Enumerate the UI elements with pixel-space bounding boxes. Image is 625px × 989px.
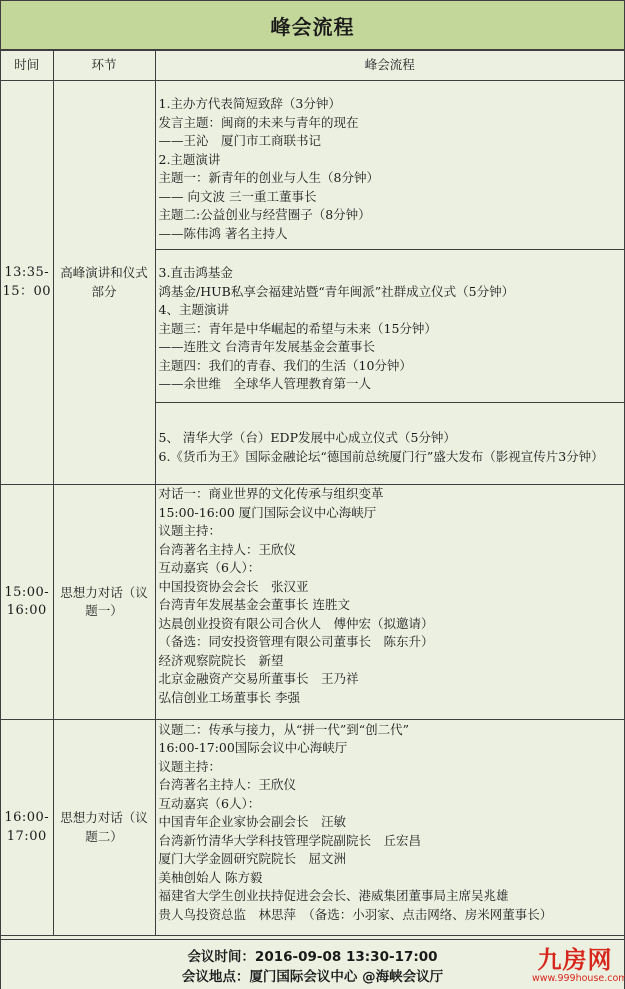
flow-line: 5、 清华大学（台）EDP发展中心成立仪式（5分钟）: [159, 429, 622, 448]
flow-line: 6.《货币为王》国际金融论坛“德国前总统厦门行”盛大发布（影视宣传片3分钟）: [159, 448, 622, 467]
flow-line: 福建省大学生创业扶持促进会会长、港威集团董事局主席吴兆雄: [159, 887, 622, 906]
flow-line: 中国投资协会会长 张汉亚: [159, 578, 622, 597]
flow-line: 台湾青年发展基金会董事长 连胜文: [159, 596, 622, 615]
flow-line: 发言主题：闽商的未来与青年的现在: [159, 114, 622, 133]
flow-line: 议题主持：: [159, 522, 622, 541]
flow-cell: 对话一：商业世界的文化传承与组织变革 15:00-16:00 厦门国际会议中心海…: [155, 485, 624, 720]
flow-line: 美柚创始人 陈方毅: [159, 869, 622, 888]
flow-line: ——陈伟鸿 著名主持人: [159, 225, 622, 244]
flow-cell: 1.主办方代表简短致辞（3分钟） 发言主题：闽商的未来与青年的现在 ——王沁 厦…: [155, 81, 624, 250]
flow-line: 经济观察院院长 新望: [159, 652, 622, 671]
flow-line: 贵人鸟投资总监 林思萍 （备选：小羽家、点击网络、房米网董事长）: [159, 906, 622, 925]
time-cell: 13:35-15：00: [1, 81, 53, 485]
segment-cell: 思想力对话（议题一）: [53, 485, 155, 720]
flow-line: 议题主持：: [159, 758, 622, 777]
table-header-row: 时间 环节 峰会流程: [1, 51, 624, 81]
flow-cell: 3.直击鸿基金 鸿基金/HUB私享会福建站暨“青年闽派”社群成立仪式（5分钟） …: [155, 250, 624, 403]
flow-line: 弘信创业工场董事长 李强: [159, 689, 622, 708]
flow-line: 主题三：青年是中华崛起的希望与未来（15分钟）: [159, 320, 622, 339]
table-row: 16:00-17:00 思想力对话（议题二） 议题二：传承与接力，从“拼一代”到…: [1, 720, 624, 936]
flow-line: 达晨创业投资有限公司合伙人 傅仲宏（拟邀请）: [159, 615, 622, 634]
header-time: 时间: [1, 51, 53, 81]
flow-line: 北京金融资产交易所董事长 王乃祥: [159, 670, 622, 689]
segment-cell: 思想力对话（议题二）: [53, 720, 155, 936]
meeting-place: 会议地点：厦门国际会议中心 @海峡会议厅: [1, 965, 624, 985]
watermark-logo: 九房网 www.999house.com: [532, 947, 618, 989]
footer: 会议时间：2016-09-08 13:30-17:00 会议地点：厦门国际会议中…: [1, 939, 624, 989]
flow-line: —— 向文波 三一重工董事长: [159, 188, 622, 207]
logo-mark: 九房网: [532, 947, 618, 973]
flow-line: 16:00-17:00国际会议中心海峡厅: [159, 739, 622, 758]
flow-line: 2.主题演讲: [159, 151, 622, 170]
time-cell: 15:00-16:00: [1, 485, 53, 720]
flow-line: ——余世维 全球华人管理教育第一人: [159, 375, 622, 394]
time-cell: 16:00-17:00: [1, 720, 53, 936]
flow-line: 主题一：新青年的创业与人生（8分钟）: [159, 169, 622, 188]
flow-line: 鸿基金/HUB私享会福建站暨“青年闽派”社群成立仪式（5分钟）: [159, 283, 622, 302]
segment-cell: 高峰演讲和仪式部分: [53, 81, 155, 485]
flow-line: 4、主题演讲: [159, 301, 622, 320]
flow-line: 台湾著名主持人：王欣仪: [159, 541, 622, 560]
flow-line: 主题四：我们的青春、我们的生活（10分钟）: [159, 357, 622, 376]
header-segment: 环节: [53, 51, 155, 81]
flow-line: ——王沁 厦门市工商联书记: [159, 132, 622, 151]
flow-line: 台湾新竹清华大学科技管理学院副院长 丘宏昌: [159, 832, 622, 851]
flow-line: 15:00-16:00 厦门国际会议中心海峡厅: [159, 504, 622, 523]
table-row: 15:00-16:00 思想力对话（议题一） 对话一：商业世界的文化传承与组织变…: [1, 485, 624, 720]
flow-line: 台湾著名主持人：王欣仪: [159, 776, 622, 795]
flow-line: 对话一：商业世界的文化传承与组织变革: [159, 485, 622, 504]
page-title: 峰会流程: [1, 1, 624, 50]
flow-line: 1.主办方代表简短致辞（3分钟）: [159, 95, 622, 114]
flow-line: 议题二：传承与接力，从“拼一代”到“创二代”: [159, 721, 622, 740]
flow-cell: 5、 清华大学（台）EDP发展中心成立仪式（5分钟） 6.《货币为王》国际金融论…: [155, 403, 624, 485]
flow-line: 中国青年企业家协会副会长 汪敏: [159, 813, 622, 832]
flow-line: 互动嘉宾（6人）：: [159, 795, 622, 814]
flow-line: 3.直击鸿基金: [159, 264, 622, 283]
flow-line: 厦门大学金圆研究院院长 屈文洲: [159, 850, 622, 869]
flow-line: 互动嘉宾（6人）：: [159, 559, 622, 578]
table-row: 13:35-15：00 高峰演讲和仪式部分 1.主办方代表简短致辞（3分钟） 发…: [1, 81, 624, 250]
agenda-sheet: 峰会流程 时间 环节 峰会流程 13:35-15：00 高峰演讲和仪式部分 1.…: [0, 0, 625, 989]
meeting-time: 会议时间：2016-09-08 13:30-17:00: [1, 945, 624, 965]
header-flow: 峰会流程: [155, 51, 624, 81]
flow-line: 主题二:公益创业与经营圈子（8分钟）: [159, 206, 622, 225]
flow-line: ——连胜文 台湾青年发展基金会董事长: [159, 338, 622, 357]
logo-url: www.999house.com: [532, 973, 618, 985]
flow-line: （备选：同安投资管理有限公司董事长 陈东升）: [159, 633, 622, 652]
agenda-table: 时间 环节 峰会流程 13:35-15：00 高峰演讲和仪式部分 1.主办方代表…: [1, 50, 624, 936]
flow-cell: 议题二：传承与接力，从“拼一代”到“创二代” 16:00-17:00国际会议中心…: [155, 720, 624, 936]
